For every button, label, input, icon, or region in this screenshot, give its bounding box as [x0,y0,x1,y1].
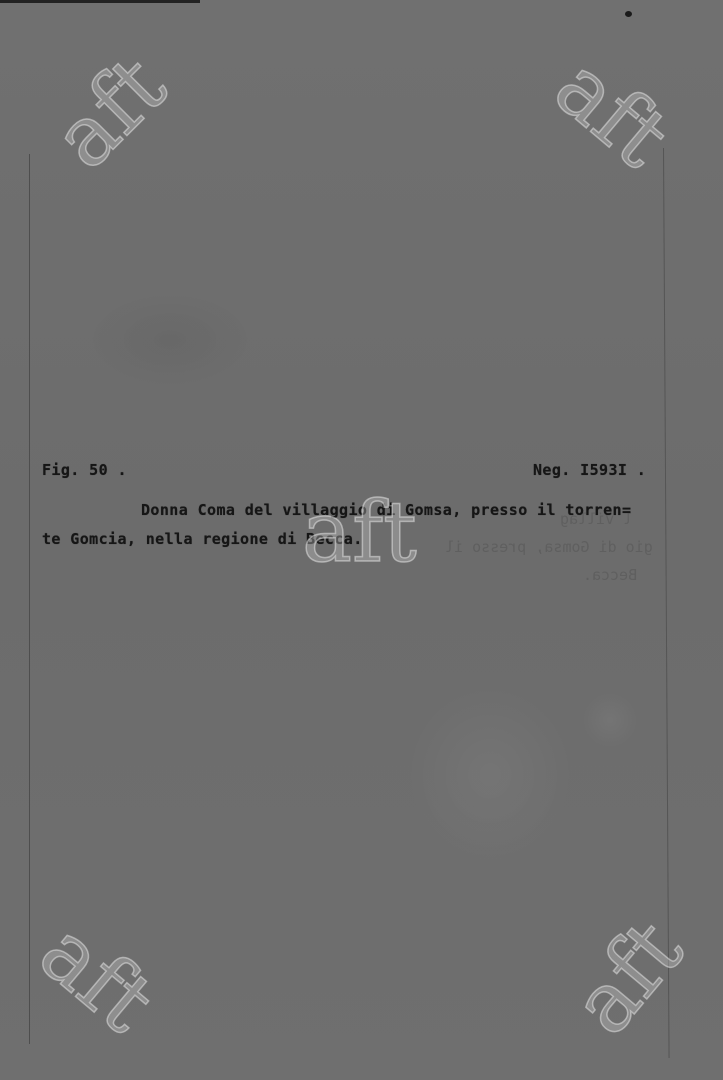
watermark-bottom-left: aft [26,908,168,1046]
ink-speck [625,11,632,17]
left-margin-line [29,154,30,1044]
watermark-top-left: aft [39,42,180,183]
page-top-edge [0,0,200,3]
bleed-through-line-2: gio di Gomsa, presso il [445,538,653,556]
watermark-bottom-right: aft [558,906,696,1048]
right-margin-line [663,148,670,1058]
bleed-through-line-3: Becca. [583,566,637,584]
figure-label: Fig. 50 . [42,461,127,479]
scanned-page: l villag gio di Gomsa, presso il Becca. … [0,0,723,1080]
watermark-center: aft [302,490,417,574]
negative-number: Neg. I593I . [533,461,646,479]
